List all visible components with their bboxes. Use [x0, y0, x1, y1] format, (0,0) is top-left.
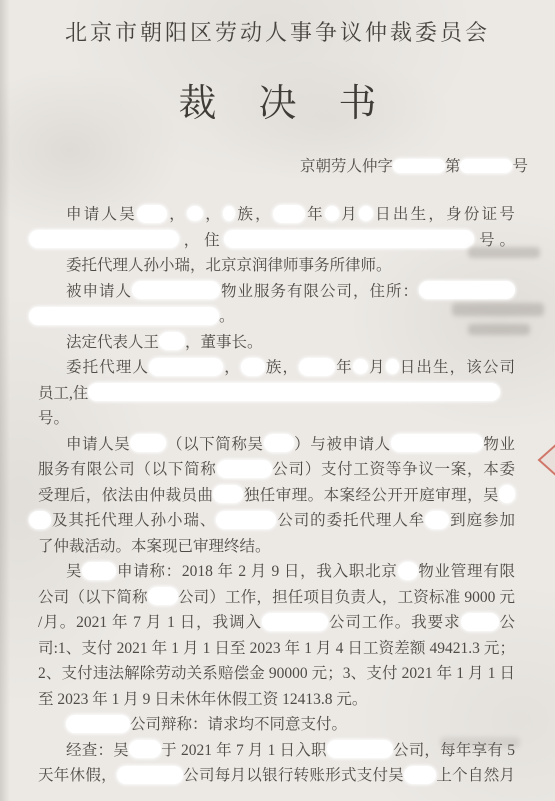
case-number-line: 京朝劳人仲字第号: [0, 156, 555, 178]
text-run: 物业: [483, 436, 515, 453]
redaction-mark: [187, 206, 203, 221]
text-run: 年: [335, 359, 353, 376]
redaction-mark: [29, 511, 51, 529]
text-run: 申请人吴: [66, 206, 137, 223]
text-run: 物业服务有限公司，住所：: [220, 283, 419, 300]
text-run: 委托代理人: [66, 359, 149, 376]
text-run: 年: [305, 206, 325, 223]
document-line: 2、支付违法解除劳动关系赔偿金 90000 元；3、支付 2021 年 1 月 …: [38, 661, 515, 687]
text-run: 于 2021 年 7 月 1 日入职: [161, 742, 327, 759]
text-run: 被申请人: [66, 283, 132, 300]
document-line: 至 2023 年 1 月 9 日未休年休假工资 12413.8 元。: [38, 687, 515, 713]
redaction-mark: [404, 766, 436, 784]
document-line: 委托代理人，族，年月日出生，该公司: [38, 355, 515, 381]
redaction-mark: [88, 383, 500, 401]
redaction-mark: [460, 159, 512, 173]
document-line: 被申请人物业服务有限公司，住所：: [38, 279, 515, 305]
text-run: 月: [339, 206, 359, 223]
document-page: 北京市朝阳区劳动人事争议仲裁委员会 裁决书 京朝劳人仲字第号 申请人吴，，族，年…: [0, 0, 555, 801]
redaction-mark: [82, 562, 116, 580]
document-line: 司:1、支付 2021 年 1 月 1 日至 2023 年 1 月 4 日工资差…: [38, 636, 515, 662]
document-line: 公司辩称：请求均不同意支付。: [38, 712, 515, 738]
text-run: 物业管理有限: [418, 563, 515, 580]
text-run: ，: [167, 206, 187, 223]
text-run: 及其托代理人孙小瑞、: [51, 512, 216, 529]
bleed-through-mark: [468, 324, 530, 335]
redaction-mark: [241, 358, 265, 376]
text-run: 至 2023 年 1 月 9 日未休年休假工资 12413.8 元。: [38, 691, 367, 708]
text-run: ，董事长。: [185, 334, 263, 351]
text-run: 吴: [66, 563, 82, 580]
redaction-mark: [398, 562, 418, 580]
redaction-mark: [223, 206, 235, 221]
redaction-mark: [129, 740, 161, 758]
text-run: 2、支付违法解除劳动关系赔偿金 90000 元；3、支付 2021 年 1 月 …: [38, 665, 515, 682]
text-run: 公司工作。我要求: [328, 614, 461, 631]
redaction-mark: [130, 434, 166, 452]
document-line: 吴申请称：2018 年 2 月 9 日，我入职北京物业管理有限: [38, 559, 515, 585]
redaction-mark: [461, 613, 499, 631]
text-run: 公司每月以银行转账形式支付吴: [183, 767, 404, 784]
text-run: 服务有限公司（以下简称: [38, 461, 217, 478]
case-number-mid: 第: [445, 158, 461, 175]
redaction-mark: [353, 359, 368, 374]
document-line: 申请人吴（以下简称吴）与被申请人物业: [38, 432, 515, 458]
redaction-mark: [137, 205, 167, 223]
redaction-mark: [299, 358, 335, 376]
text-run: 。: [219, 308, 235, 325]
text-run: ，: [203, 206, 223, 223]
document-line: 申请人吴，，族，年月日出生，身份证号: [38, 202, 515, 228]
text-run: 月: [368, 359, 386, 376]
text-run: 员工,住: [38, 385, 88, 402]
bleed-through-mark: [440, 737, 520, 748]
document-line: 公司（以下简称公司）工作，担任项目负责人，工资标准 9000 元: [38, 585, 515, 611]
redaction-mark: [224, 230, 474, 248]
text-run: 司:1、支付 2021 年 1 月 1 日至 2023 年 1 月 4 日工资差…: [38, 640, 515, 657]
text-run: ，: [223, 359, 241, 376]
text-run: /月。2021 年 7 月 1 日，我调入: [38, 614, 262, 631]
redaction-mark: [159, 332, 185, 350]
document-line: 及其托代理人孙小瑞、公司的委托代理人牟到庭参加: [38, 508, 515, 534]
text-run: 委托代理人孙小瑞，北京京润律师事务所律师。: [66, 257, 392, 274]
bleed-through-mark: [468, 247, 540, 258]
redaction-mark: [393, 159, 445, 173]
red-arrow-annotation-icon: [537, 441, 555, 479]
redaction-mark: [499, 485, 515, 503]
text-run: 申请称：2018 年 2 月 9 日，我入职北京: [116, 563, 397, 580]
redaction-mark: [148, 587, 178, 605]
document-line: 服务有限公司（以下简称公司）支付工资等争议一案，本委: [38, 457, 515, 483]
text-run: 公司的委托代理人牟: [276, 512, 425, 529]
redaction-mark: [325, 206, 339, 221]
text-run: 公司（以下简称: [38, 589, 148, 606]
text-run: ，住: [179, 232, 224, 249]
text-run: 了仲裁活动。本案现已审理终结。: [38, 538, 271, 555]
redaction-mark: [149, 358, 223, 376]
text-run: 经查：吴: [66, 742, 129, 759]
redaction-mark: [359, 206, 373, 221]
document-line: ，住号。: [38, 228, 515, 254]
text-run: ）与被申请人: [294, 436, 391, 453]
document-line: 委托代理人孙小瑞，北京京润律师事务所律师。: [38, 253, 515, 279]
text-run: 到庭参加: [449, 512, 515, 529]
redaction-mark: [327, 740, 393, 758]
text-run: 上个自然月: [436, 767, 515, 784]
redaction-mark: [217, 460, 272, 478]
redaction-mark: [213, 485, 243, 503]
redaction-mark: [117, 766, 183, 784]
text-run: 天年休假，: [38, 767, 117, 784]
text-run: 公: [499, 614, 515, 631]
document-title: 裁决书: [0, 78, 555, 130]
redaction-mark: [29, 307, 219, 325]
document-line: 号。: [38, 406, 515, 432]
text-run: 公司辩称：请求均不同意支付。: [130, 716, 347, 733]
redaction-mark: [262, 613, 328, 631]
redaction-mark: [391, 434, 483, 452]
document-line: 受理后，依法由仲裁员曲独任审理。本案经公开开庭审理，吴: [38, 483, 515, 509]
text-run: 号。: [474, 232, 515, 249]
text-run: 日出生，身份证号: [373, 206, 515, 223]
text-run: 法定代表人王: [66, 334, 159, 351]
redaction-mark: [29, 230, 179, 248]
document-line: 。: [38, 304, 515, 330]
text-run: 公司）支付工资等争议一案，本委: [272, 461, 515, 478]
document-line: 法定代表人王，董事长。: [38, 330, 515, 356]
document-body: 申请人吴，，族，年月日出生，身份证号，住号。委托代理人孙小瑞，北京京润律师事务所…: [0, 202, 555, 789]
redaction-mark: [273, 205, 305, 223]
document-line: 天年休假，公司每月以银行转账形式支付吴上个自然月: [38, 763, 515, 789]
redaction-mark: [132, 281, 220, 299]
redaction-mark: [66, 715, 130, 733]
document-line: 员工,住: [38, 381, 515, 407]
text-run: 日出生，该公司: [399, 359, 515, 376]
redaction-mark: [419, 281, 515, 299]
case-number-suffix: 号: [512, 158, 528, 175]
text-run: 号。: [38, 410, 69, 427]
issuing-authority-title: 北京市朝阳区劳动人事争议仲裁委员会: [0, 0, 555, 48]
redaction-mark: [425, 511, 449, 529]
redaction-mark: [264, 434, 294, 452]
text-run: 独任审理。本案经公开开庭审理，吴: [243, 487, 499, 504]
document-line: /月。2021 年 7 月 1 日，我调入公司工作。我要求公: [38, 610, 515, 636]
text-run: 申请人吴: [66, 436, 130, 453]
text-run: 受理后，依法由仲裁员曲: [38, 487, 213, 504]
bleed-through-mark: [452, 303, 544, 316]
text-run: 族，: [265, 359, 299, 376]
case-number-prefix: 京朝劳人仲字: [300, 158, 393, 175]
text-run: 族，: [235, 206, 273, 223]
redaction-mark: [216, 511, 276, 529]
document-line: 了仲裁活动。本案现已审理终结。: [38, 534, 515, 560]
text-run: （以下简称吴: [166, 436, 263, 453]
redaction-mark: [386, 359, 399, 374]
text-run: 公司）工作，担任项目负责人，工资标准 9000 元: [178, 589, 515, 606]
